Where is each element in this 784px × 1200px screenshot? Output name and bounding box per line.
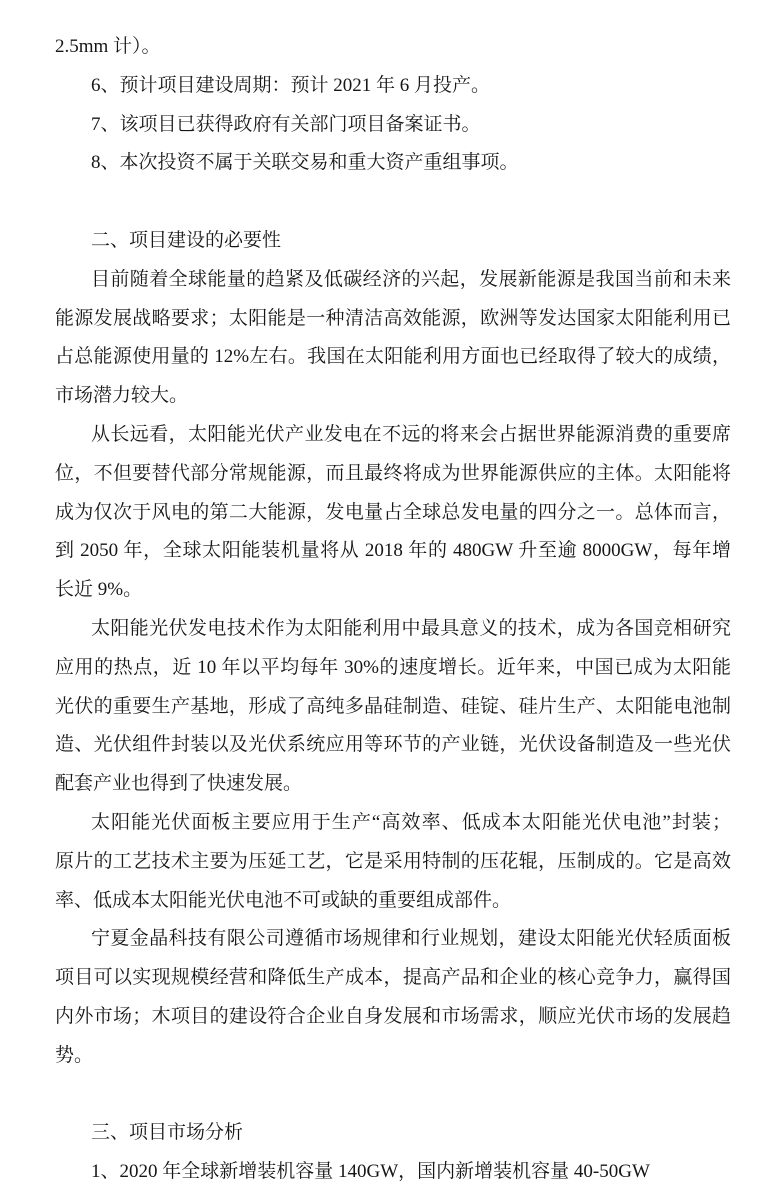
paragraph: 太阳能光伏发电技术作为太阳能利用中最具意义的技术，成为各国竞相研究应用的热点，近… [55, 610, 731, 804]
list-item: 1、2020 年全球新增装机容量 140GW，国内新增装机容量 40-50GW [55, 1153, 731, 1192]
section-heading: 三、项目市场分析 [55, 1114, 731, 1153]
list-item: 6、预计项目建设周期：预计 2021 年 6 月投产。 [55, 67, 731, 106]
text-line: 势。 [55, 1037, 731, 1076]
text-line: 项目可以实现规模经营和降低生产成本，提高产品和企业的核心竞争力，赢得国 [55, 959, 731, 998]
text-line: 7、该项目已获得政府有关部门项目备案证书。 [55, 106, 731, 145]
text-line: 原片的工艺技术主要为压延工艺，它是采用特制的压花辊，压制成的。它是高效 [55, 843, 731, 882]
text-line: 8、本次投资不属于关联交易和重大资产重组事项。 [55, 144, 731, 183]
document-body: 2.5mm 计）。6、预计项目建设周期：预计 2021 年 6 月投产。7、该项… [0, 0, 784, 1192]
section-heading: 二、项目建设的必要性 [55, 222, 731, 261]
text-line: 到 2050 年，全球太阳能装机量将从 2018 年的 480GW 升至逾 80… [55, 532, 731, 571]
text-line: 从长远看，太阳能光伏产业发电在不远的将来会占据世界能源消费的重要席 [55, 416, 731, 455]
list-item: 7、该项目已获得政府有关部门项目备案证书。 [55, 106, 731, 145]
text-line: 造、光伏组件封装以及光伏系统应用等环节的产业链，光伏设备制造及一些光伏 [55, 726, 731, 765]
text-line: 应用的热点，近 10 年以平均每年 30%的速度增长。近年来，中国已成为太阳能 [55, 649, 731, 688]
text-line: 率、低成本太阳能光伏电池不可或缺的重要组成部件。 [55, 882, 731, 921]
paragraph: 目前随着全球能量的趋紧及低碳经济的兴起，发展新能源是我国当前和未来能源发展战略要… [55, 261, 731, 416]
text-line: 宁夏金晶科技有限公司遵循市场规律和行业规划，建设太阳能光伏轻质面板 [55, 920, 731, 959]
text-line: 市场潜力较大。 [55, 377, 731, 416]
text-line: 长近 9%。 [55, 571, 731, 610]
document-page: 2.5mm 计）。6、预计项目建设周期：预计 2021 年 6 月投产。7、该项… [0, 0, 784, 1200]
text-line: 目前随着全球能量的趋紧及低碳经济的兴起，发展新能源是我国当前和未来 [55, 261, 731, 300]
paragraph: 太阳能光伏面板主要应用于生产“高效率、低成本太阳能光伏电池”封装；原片的工艺技术… [55, 804, 731, 920]
text-line: 6、预计项目建设周期：预计 2021 年 6 月投产。 [55, 67, 731, 106]
text-line: 2.5mm 计）。 [55, 28, 731, 67]
text-line: 位，不但要替代部分常规能源，而且最终将成为世界能源供应的主体。太阳能将 [55, 455, 731, 494]
text-line: 配套产业也得到了快速发展。 [55, 765, 731, 804]
list-item: 8、本次投资不属于关联交易和重大资产重组事项。 [55, 144, 731, 183]
text-line: 成为仅次于风电的第二大能源，发电量占全球总发电量的四分之一。总体而言， [55, 494, 731, 533]
text-line: 能源发展战略要求；太阳能是一种清洁高效能源，欧洲等发达国家太阳能利用已 [55, 300, 731, 339]
text-line: 二、项目建设的必要性 [55, 222, 731, 261]
paragraph-continuation: 2.5mm 计）。 [55, 28, 731, 67]
text-line: 太阳能光伏面板主要应用于生产“高效率、低成本太阳能光伏电池”封装； [55, 804, 731, 843]
paragraph: 宁夏金晶科技有限公司遵循市场规律和行业规划，建设太阳能光伏轻质面板项目可以实现规… [55, 920, 731, 1075]
text-line: 光伏的重要生产基地，形成了高纯多晶硅制造、硅锭、硅片生产、太阳能电池制 [55, 688, 731, 727]
text-line: 1、2020 年全球新增装机容量 140GW，国内新增装机容量 40-50GW [55, 1153, 731, 1192]
text-line: 太阳能光伏发电技术作为太阳能利用中最具意义的技术，成为各国竞相研究 [55, 610, 731, 649]
text-line: 三、项目市场分析 [55, 1114, 731, 1153]
paragraph: 从长远看，太阳能光伏产业发电在不远的将来会占据世界能源消费的重要席位，不但要替代… [55, 416, 731, 610]
text-line: 占总能源使用量的 12%左右。我国在太阳能利用方面也已经取得了较大的成绩， [55, 338, 731, 377]
text-line: 内外市场；木项目的建设符合企业自身发展和市场需求，顺应光伏市场的发展趋 [55, 998, 731, 1037]
